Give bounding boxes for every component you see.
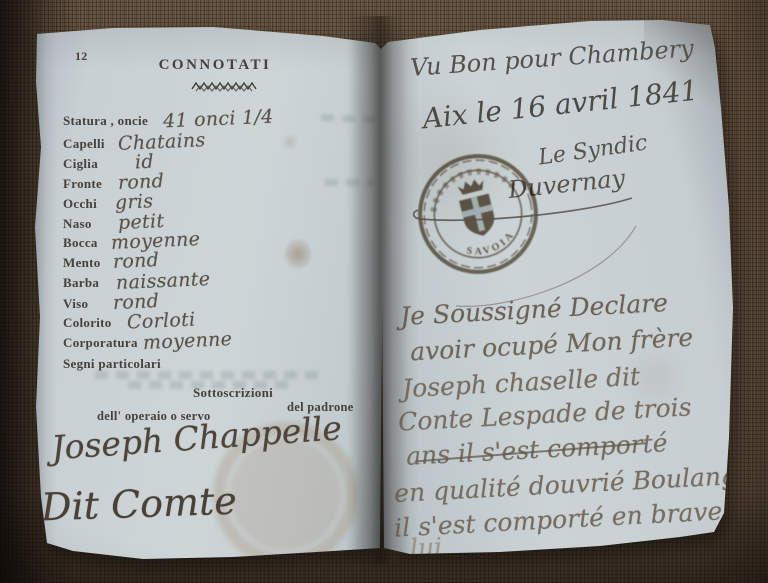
crowned-savoy-cross-stamp-icon: SAVOIA <box>400 136 555 291</box>
page-title: CONNOTATI <box>33 57 383 74</box>
field-row: Fronterond <box>63 176 102 198</box>
crown-icon <box>457 177 486 195</box>
field-label: Capelli <box>63 136 105 152</box>
field-label: Corporatura <box>63 335 138 351</box>
right-page-visa: Vu Bon pour Chambery Aix le 16 avril 184… <box>380 18 736 560</box>
field-label: Ciglia <box>63 156 98 172</box>
field-row: CapelliChatains <box>63 136 105 158</box>
field-row: Barbanaissante <box>63 275 99 297</box>
squiggle-ornament-icon <box>191 80 259 92</box>
field-label: Viso <box>63 296 88 312</box>
field-label: Segni particolari <box>63 356 161 372</box>
field-row: Mentorond <box>63 255 101 277</box>
left-page-connotati: 12 CONNOTATI Statura , oncie41 onci 1/4 … <box>33 27 383 559</box>
field-value-handwritten: rond <box>113 249 160 273</box>
ink-bleedthrough <box>321 114 376 123</box>
declaration-line: avoir ocupé Mon frère <box>409 323 693 367</box>
worker-signature-alias: Dit Comte <box>40 479 237 530</box>
field-label: Statura , oncie <box>63 113 148 129</box>
official-title: Le Syndic <box>537 130 649 170</box>
declaration-line: lui <box>409 532 443 563</box>
field-label: Fronte <box>63 176 102 192</box>
field-value-handwritten: moyenne <box>143 328 233 354</box>
field-label: Naso <box>63 216 92 232</box>
field-row: Cigliaid <box>63 156 98 178</box>
field-label: Mento <box>63 255 101 271</box>
declaration-line-struck-through: ans il s'est comporté <box>405 428 668 471</box>
paper-stain <box>281 135 299 149</box>
ink-bleedthrough <box>325 179 373 186</box>
photo-of-open-booklet: 12 CONNOTATI Statura , oncie41 onci 1/4 … <box>0 0 768 583</box>
field-label: Colorito <box>63 315 112 331</box>
open-booklet: 12 CONNOTATI Statura , oncie41 onci 1/4 … <box>0 0 768 583</box>
field-label: Occhi <box>63 196 97 212</box>
field-label: Bocca <box>63 235 98 251</box>
paper-stain <box>285 239 311 269</box>
field-value-handwritten: naissante <box>116 268 211 294</box>
field-row: Corporaturamoyenne <box>63 335 138 357</box>
field-row: Segni particolari <box>63 356 161 378</box>
field-value-handwritten: Chatains <box>118 129 206 155</box>
field-label: Barba <box>63 275 99 291</box>
declaration-line: Je Soussigné Declare <box>399 288 668 331</box>
field-value-handwritten: 41 onci 1/4 <box>163 106 274 133</box>
signatures-heading: Sottoscrizioni <box>148 385 318 401</box>
field-row: Occhigris <box>63 196 97 218</box>
field-row: ColoritoCorloti <box>63 315 112 337</box>
field-row: Boccamoyenne <box>63 235 98 257</box>
